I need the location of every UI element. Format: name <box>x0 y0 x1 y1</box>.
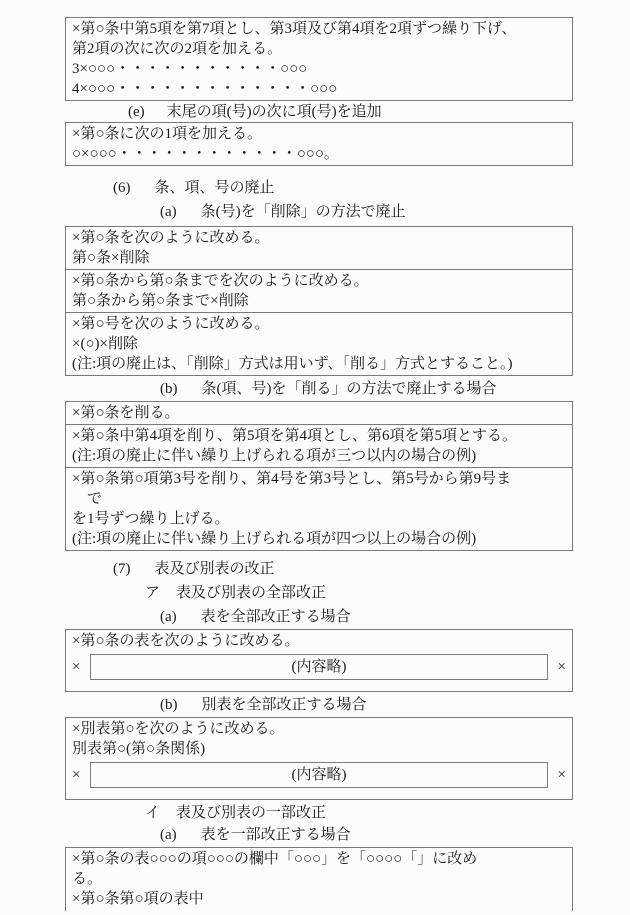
blank-spacer <box>72 680 566 690</box>
heading-label: (6) <box>113 178 131 198</box>
heading-text: 末尾の項(号)の次に項(号)を追加 <box>167 102 382 122</box>
rule-line: 第2項の次に次の2項を加える。 <box>72 39 566 59</box>
heading-text: 条(号)を「削除」の方法で廃止 <box>201 202 406 222</box>
heading-text: 条、項、号の廃止 <box>155 178 275 198</box>
document-content: ×第○条中第5項を第7項とし、第3項及び第4項を2項ずつ繰り下げ、 第2項の次に… <box>65 17 573 911</box>
rule-line: ×第○条の表を次のように改める。 <box>72 631 566 651</box>
rule-line: を1号ずつ繰り上げる。 <box>72 509 566 529</box>
section-heading-6a: (a) 条(号)を「削除」の方法で廃止 <box>65 202 573 222</box>
rule-cell: ×第○条中第4項を削り、第5項を第4項とし、第6項を第5項とする。 (注:項の廃… <box>66 424 572 467</box>
rule-line: 3×○○○・・・・・・・・・・・○○○ <box>72 59 566 79</box>
rule-cell: ×第○条を次のように改める。 第○条×削除 <box>66 227 572 269</box>
rule-line: ×第○条の表○○○の項○○○の欄中「○○○」を「○○○○「」に改め <box>72 849 566 869</box>
heading-label: (b) <box>160 695 178 715</box>
section-heading-7-i-kana: イ 表及び別表の一部改正 <box>65 803 573 823</box>
table-content-placeholder: (内容略) <box>90 762 548 788</box>
heading-text: 条(項、号)を「削る」の方法で廃止する場合 <box>202 379 497 399</box>
rule-note-line: (注:項の廃止に伴い繰り上げられる項が四つ以上の場合の例) <box>72 529 566 549</box>
rule-line: ○×○○○・・・・・・・・・・・・○○○。 <box>72 144 566 164</box>
table-content-placeholder: (内容略) <box>90 654 548 680</box>
heading-label: (a) <box>160 202 177 222</box>
left-x-mark: × <box>72 655 88 679</box>
rule-box-partial-table-amendment: ×第○条の表○○○の項○○○の欄中「○○○」を「○○○○「」に改め る。 ×第○… <box>65 847 573 911</box>
heading-text: 表及び別表の全部改正 <box>176 583 326 603</box>
rule-cell: ×第○条の表○○○の項○○○の欄中「○○○」を「○○○○「」に改め る。 ×第○… <box>66 848 572 910</box>
rule-line: ×第○条中第4項を削り、第5項を第4項とし、第6項を第5項とする。 <box>72 426 566 446</box>
rule-line: 第○条×削除 <box>72 248 566 268</box>
heading-label: (b) <box>160 379 178 399</box>
table-placeholder-row: × (内容略) × <box>72 654 566 680</box>
rule-box-add-paragraphs: ×第○条中第5項を第7項とし、第3項及び第4項を2項ずつ繰り下げ、 第2項の次に… <box>65 17 573 101</box>
blank-spacer <box>72 788 566 798</box>
document-page: ×第○条中第5項を第7項とし、第3項及び第4項を2項ずつ繰り下げ、 第2項の次に… <box>0 0 630 915</box>
rule-cell: ×第○条第○項第3号を削り、第4号を第3号とし、第5号から第9号ま で を1号ず… <box>66 467 572 550</box>
section-heading-7-a-kana: ア 表及び別表の全部改正 <box>65 583 573 603</box>
rule-line: ×第○条を削る。 <box>72 403 566 423</box>
rule-line: ×第○条中第5項を第7項とし、第3項及び第4項を2項ずつ繰り下げ、 <box>72 19 566 39</box>
rule-cell: ×第○条に次の1項を加える。 ○×○○○・・・・・・・・・・・・○○○。 <box>66 123 572 165</box>
rule-line: ×第○条に次の1項を加える。 <box>72 124 566 144</box>
rule-line: ×第○号を次のように改める。 <box>72 314 566 334</box>
rule-cell: ×第○条を削る。 <box>66 402 572 424</box>
section-heading-7: (7) 表及び別表の改正 <box>65 559 573 579</box>
rule-line: る。 <box>72 869 566 889</box>
rule-line: 第○条から第○条まで×削除 <box>72 291 566 311</box>
heading-label: (a) <box>160 607 177 627</box>
left-x-mark: × <box>72 763 88 787</box>
rule-cell: ×第○条中第5項を第7項とし、第3項及び第4項を2項ずつ繰り下げ、 第2項の次に… <box>66 18 572 100</box>
rule-box-append-paragraph: ×第○条に次の1項を加える。 ○×○○○・・・・・・・・・・・・○○○。 <box>65 122 573 166</box>
section-heading-7aa: (a) 表を全部改正する場合 <box>65 607 573 627</box>
right-x-mark: × <box>550 763 566 787</box>
heading-label: イ <box>145 803 160 823</box>
heading-label: (e) <box>128 102 145 122</box>
rule-line: ×第○条を次のように改める。 <box>72 228 566 248</box>
table-placeholder-row: × (内容略) × <box>72 762 566 788</box>
rule-note-line: (注:項の廃止に伴い繰り上げられる項が三つ以内の場合の例) <box>72 446 566 466</box>
heading-label: (a) <box>160 825 177 845</box>
rule-line: ×別表第○を次のように改める。 <box>72 719 566 739</box>
rule-cell: ×第○条から第○条までを次のように改める。 第○条から第○条まで×削除 <box>66 269 572 312</box>
rule-line: ×第○条第○項の表中 <box>72 889 566 909</box>
section-heading-6: (6) 条、項、号の廃止 <box>65 178 573 198</box>
section-heading-7ia: (a) 表を一部改正する場合 <box>65 825 573 845</box>
heading-text: 表及び別表の改正 <box>155 559 275 579</box>
rule-line: 別表第○(第○条関係) <box>72 739 566 759</box>
section-heading-7ab: (b) 別表を全部改正する場合 <box>65 695 573 715</box>
rule-line: ×第○条から第○条までを次のように改める。 <box>72 271 566 291</box>
heading-text: 表を全部改正する場合 <box>201 607 351 627</box>
heading-label: (7) <box>113 559 131 579</box>
rule-box-replace-table: ×第○条の表を次のように改める。 × (内容略) × <box>65 629 573 692</box>
heading-label: ア <box>145 583 160 603</box>
section-heading-6b: (b) 条(項、号)を「削る」の方法で廃止する場合 <box>65 379 573 399</box>
rule-note-line: (注:項の廃止は、「削除」方式は用いず、「削る」方式とすること。) <box>72 354 566 374</box>
right-x-mark: × <box>550 655 566 679</box>
rule-box-sakujo-method: ×第○条を次のように改める。 第○条×削除 ×第○条から第○条までを次のように改… <box>65 226 573 376</box>
rule-box-kezuru-method: ×第○条を削る。 ×第○条中第4項を削り、第5項を第4項とし、第6項を第5項とす… <box>65 401 573 551</box>
rule-line: 4×○○○・・・・・・・・・・・・・○○○ <box>72 79 566 99</box>
heading-text: 表及び別表の一部改正 <box>176 803 326 823</box>
heading-text: 別表を全部改正する場合 <box>202 695 367 715</box>
rule-line: ×第○条第○項第3号を削り、第4号を第3号とし、第5号から第9号ま <box>72 469 566 489</box>
rule-line: ×(○)×削除 <box>72 334 566 354</box>
heading-text: 表を一部改正する場合 <box>201 825 351 845</box>
section-heading-e: (e) 末尾の項(号)の次に項(号)を追加 <box>65 102 573 122</box>
rule-box-replace-appended-table: ×別表第○を次のように改める。 別表第○(第○条関係) × (内容略) × <box>65 717 573 800</box>
rule-cell: ×第○号を次のように改める。 ×(○)×削除 (注:項の廃止は、「削除」方式は用… <box>66 312 572 375</box>
rule-line: で <box>72 489 566 509</box>
